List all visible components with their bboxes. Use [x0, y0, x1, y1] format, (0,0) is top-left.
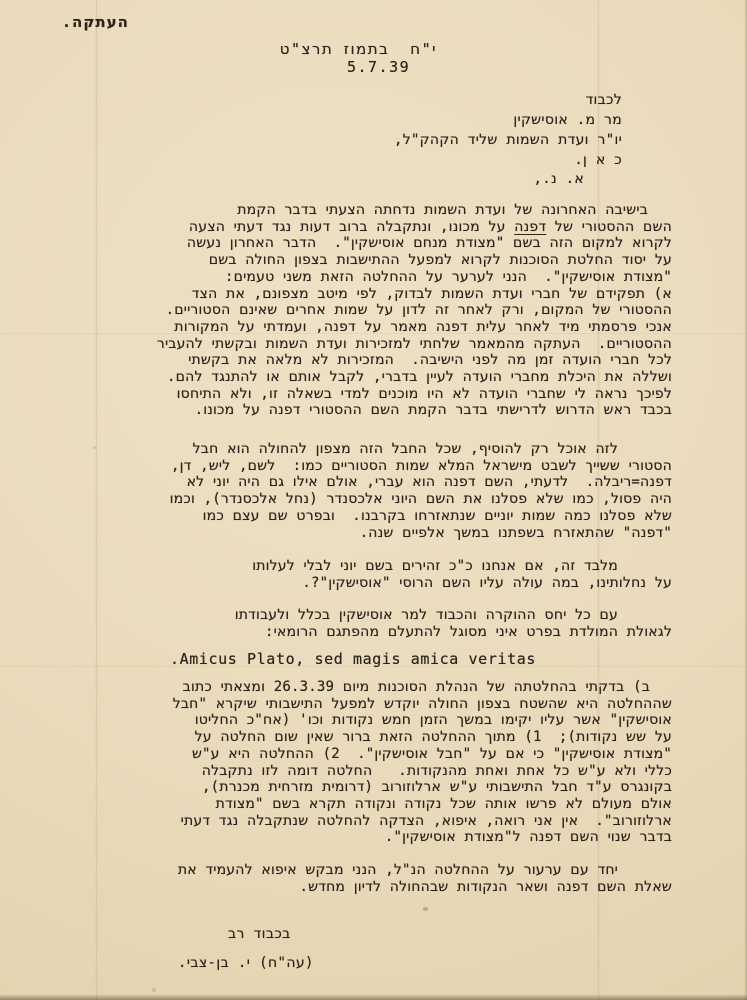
- text-line: לפיכך נראה לי שחברי הועדה לא היו מוכנים …: [88, 386, 672, 403]
- scan-edge-bottom: [0, 994, 747, 1000]
- text-line: ההסטורי של המקום, ורק לאחר זה לדון על שמ…: [88, 302, 672, 319]
- closing: בכבוד רב: [228, 926, 291, 942]
- paragraph-2: לזה אוכל רק להוסיף, שכל החבל הזה מצפון ל…: [88, 441, 672, 541]
- text-line: יו"ר ועדת השמות שליד הקהק"ל,: [394, 130, 622, 150]
- text-line: עם כל יחס ההוקרה והכבוד למר אוסישקין בכל…: [88, 607, 672, 624]
- recipient-block: לכבודמר מ. אוסישקיןיו"ר ועדת השמות שליד …: [394, 90, 622, 170]
- copy-label: העתקה.: [62, 13, 129, 31]
- text-line: שלא פסלנו כמה שמות יוניים שנתאזרחו בקרבנ…: [88, 508, 672, 525]
- text-segment: השם ההסטורי של: [546, 219, 672, 235]
- gregorian-date: 5.7.39: [347, 58, 410, 76]
- text-line: מלבד זה, אם אנחנו כ"כ זהירים בשם יוני לב…: [88, 558, 672, 575]
- text-line: לכבוד: [394, 90, 622, 110]
- text-line: אולם מעולם לא פרשו אותה שכל נקודה ונקודה…: [88, 796, 672, 813]
- text-line: לגאולת המולדת בפרט איני מסוגל להתעלם מהפ…: [88, 624, 672, 641]
- text-line: ארלוזורוב". אין אני רואה, איפוא, הצדקה ל…: [88, 813, 672, 830]
- text-line: "דפנה" שהתאזרח בשפתנו במשך אלפיים שנה.: [88, 525, 672, 542]
- text-line: לזה אוכל רק להוסיף, שכל החבל הזה מצפון ל…: [88, 441, 672, 458]
- text-line: שההחלטה היא שהשטח בצפון החולה יוקדש למפע…: [88, 696, 672, 713]
- text-line: בדבר שנוי השם דפנה ל"מצודת אוסישקין".: [88, 829, 672, 846]
- text-line: מר מ. אוסישקין: [394, 110, 622, 130]
- text-line: בישיבה האחרונה של ועדת השמות נדחתה הצעתי…: [88, 202, 672, 219]
- text-line: שאלת השם דפנה ושאר הנקודות שבהחולה לדיון…: [88, 879, 672, 896]
- text-line: על נחלותינו, במה עולה עליו השם הרוסי "או…: [88, 575, 672, 592]
- paper-stain: [152, 988, 156, 992]
- underlined-word: דפנה: [514, 219, 546, 235]
- text-line: בכבד ראש הדרוש לדרישתי בדבר הקמת השם ההס…: [88, 402, 672, 419]
- paragraph-1-lines: לקרוא למקום הזה בשם "מצודת מנחם אוסישקין…: [88, 235, 672, 419]
- text-line: דפנה=ריבלה. לדעתי, השם דפנה הוא עברי, או…: [88, 474, 672, 491]
- text-line: היה פסול, כמו שלא פסלנו את השם היוני אלכ…: [88, 491, 672, 508]
- text-line: "מצודת אוסישקין" כי אם על "חבל אוסישקין"…: [88, 746, 672, 763]
- paragraph-4: עם כל יחס ההוקרה והכבוד למר אוסישקין בכל…: [88, 607, 672, 640]
- hebrew-date: י"ח בתמוז תרצ"ט: [280, 40, 437, 58]
- text-line: בקונגרס ע"ד חבל התישבותי ע"ש ארלוזורוב (…: [88, 779, 672, 796]
- text-line: ההסטוריים. העתקה מהמאמר שלחתי למזכירות ו…: [88, 336, 672, 353]
- text-line: הסטורי ששייך לשבט מישראל המלא שמות הסטור…: [88, 458, 672, 475]
- text-line: לקרוא למקום הזה בשם "מצודת מנחם אוסישקין…: [88, 235, 672, 252]
- letter-page: העתקה. י"ח בתמוז תרצ"ט 5.7.39 לכבודמר מ.…: [0, 0, 747, 1000]
- text-line: השם ההסטורי של דפנה על מכונו, ונתקבלה בר…: [88, 219, 672, 236]
- text-segment: על מכונו, ונתקבלה ברוב דעות נגד דעתי הצע…: [189, 219, 514, 235]
- paragraph-3: מלבד זה, אם אנחנו כ"כ זהירים בשם יוני לב…: [88, 558, 672, 591]
- text-line: לכל חברי הועדה זמן מה לפני הישיבה. המזכי…: [88, 352, 672, 369]
- signature: (עה"ח) י. בן-צבי.: [178, 955, 314, 971]
- text-line: "מצודת אוסישקין". הנני לערער על ההחלטה ה…: [88, 269, 672, 286]
- text-line: אוסישקין" אשר עליו יקימו במשך הזמן חמש נ…: [88, 712, 672, 729]
- text-line: על יסוד החלטת הסוכנות לקרוא למפעל ההתישב…: [88, 252, 672, 269]
- text-line: כ א ן.: [394, 150, 622, 170]
- paper-stain: [423, 907, 428, 911]
- paragraph-1: בישיבה האחרונה של ועדת השמות נדחתה הצעתי…: [88, 202, 672, 419]
- paragraph-6: יחד עם ערעור על ההחלטה הנ"ל, הנני מבקש א…: [88, 862, 672, 895]
- text-line: ושללה את היכלת מחברי הועדה לעיין בדברי, …: [88, 369, 672, 386]
- latin-quote: .Amicus Plato, sed magis amica veritas: [170, 650, 530, 668]
- salutation: א. נ.,: [534, 171, 584, 187]
- text-line: על שש נקודות); 1) מתוך ההחלטה הזאת ברור …: [88, 729, 672, 746]
- paragraph-5: ב) בדקתי בהחלטתה של הנהלת הסוכנות מיום 2…: [88, 679, 672, 846]
- text-line: אנכי פרסמתי מיד לאחר עלית דפנה מאמר על ד…: [88, 319, 672, 336]
- text-line: כללי ולא ע"ש כל אחת ואחת מהנקודות. החלטה…: [88, 763, 672, 780]
- text-line: יחד עם ערעור על ההחלטה הנ"ל, הנני מבקש א…: [88, 862, 672, 879]
- text-line: ב) בדקתי בהחלטתה של הנהלת הסוכנות מיום 2…: [88, 679, 672, 696]
- text-line: א) תפקידם של חברי ועדת השמות לבדוק, לפי …: [88, 286, 672, 303]
